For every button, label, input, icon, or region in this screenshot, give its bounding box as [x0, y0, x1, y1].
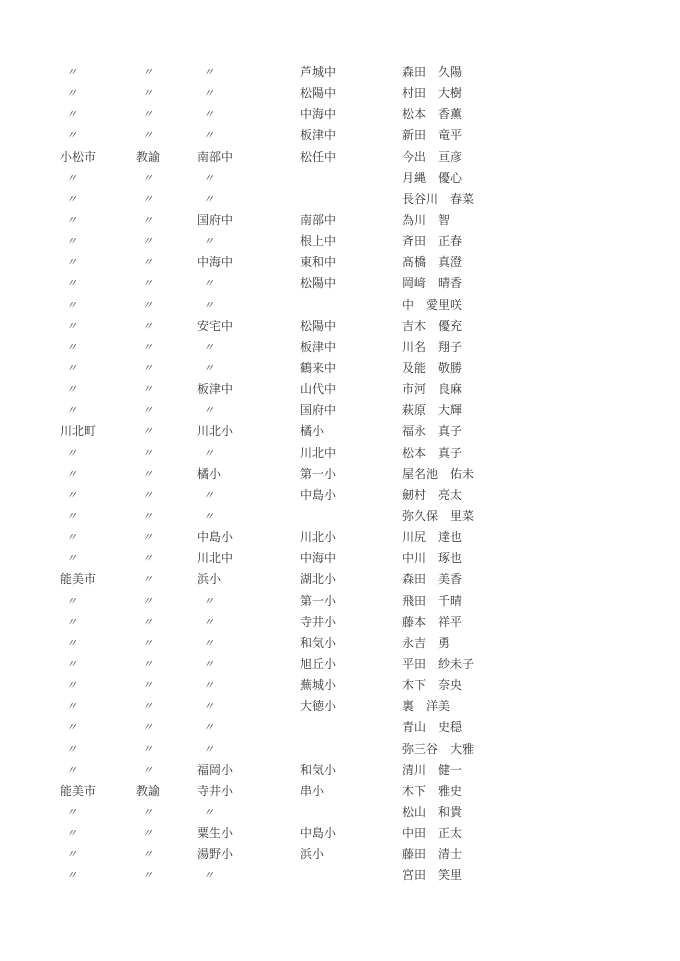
ditto-mark: 〃	[203, 485, 213, 506]
ditto-mark: 〃	[66, 62, 76, 83]
ditto-mark: 〃	[203, 802, 213, 823]
from-school-cell: 粟生小	[197, 823, 233, 844]
to-school-cell: 松陽中	[300, 273, 336, 294]
to-school-cell: 東和中	[300, 252, 336, 273]
city-cell: 小松市	[60, 147, 96, 168]
ditto-mark: 〃	[142, 654, 152, 675]
to-school-cell: 中海中	[300, 548, 336, 569]
ditto-mark: 〃	[142, 464, 152, 485]
ditto-mark: 〃	[66, 654, 76, 675]
person-name-cell: 市河 良麻	[402, 379, 462, 400]
ditto-mark: 〃	[66, 337, 76, 358]
table-row: 能美市〃浜小湖北小森田 美香	[0, 569, 680, 590]
ditto-mark: 〃	[142, 506, 152, 527]
person-name-cell: 森田 久陽	[402, 62, 462, 83]
to-school-cell: 芦城中	[300, 62, 336, 83]
ditto-mark: 〃	[66, 844, 76, 865]
ditto-mark: 〃	[203, 506, 213, 527]
person-name-cell: 松本 香薫	[402, 104, 462, 125]
ditto-mark: 〃	[66, 358, 76, 379]
ditto-mark: 〃	[203, 295, 213, 316]
ditto-mark: 〃	[66, 802, 76, 823]
ditto-mark: 〃	[142, 104, 152, 125]
person-name-cell: 新田 竜平	[402, 125, 462, 146]
to-school-cell: 中海中	[300, 104, 336, 125]
personnel-transfer-table: 〃〃〃芦城中森田 久陽〃〃〃松陽中村田 大樹〃〃〃中海中松本 香薫〃〃〃板津中新…	[0, 62, 680, 886]
table-row: 〃〃〃宮田 笑里	[0, 865, 680, 886]
ditto-mark: 〃	[142, 865, 152, 886]
person-name-cell: 福永 真子	[402, 421, 462, 442]
ditto-mark: 〃	[142, 295, 152, 316]
table-row: 小松市教諭南部中松任中今出 亘彦	[0, 147, 680, 168]
from-school-cell: 中海中	[197, 252, 233, 273]
ditto-mark: 〃	[66, 464, 76, 485]
person-name-cell: 松山 和貴	[402, 802, 462, 823]
to-school-cell: 山代中	[300, 379, 336, 400]
from-school-cell: 国府中	[197, 210, 233, 231]
person-name-cell: 月縄 優心	[402, 168, 462, 189]
from-school-cell: 板津中	[197, 379, 233, 400]
ditto-mark: 〃	[203, 654, 213, 675]
ditto-mark: 〃	[142, 210, 152, 231]
table-row: 〃〃〃芦城中森田 久陽	[0, 62, 680, 83]
ditto-mark: 〃	[66, 210, 76, 231]
ditto-mark: 〃	[66, 675, 76, 696]
ditto-mark: 〃	[142, 379, 152, 400]
table-row: 能美市教諭寺井小串小木下 雅史	[0, 781, 680, 802]
ditto-mark: 〃	[66, 760, 76, 781]
person-name-cell: 斉田 正春	[402, 231, 462, 252]
ditto-mark: 〃	[203, 675, 213, 696]
table-row: 〃〃〃大徳小裏 洋美	[0, 696, 680, 717]
ditto-mark: 〃	[66, 506, 76, 527]
ditto-mark: 〃	[203, 717, 213, 738]
from-school-cell: 浜小	[197, 569, 221, 590]
ditto-mark: 〃	[203, 104, 213, 125]
ditto-mark: 〃	[142, 591, 152, 612]
person-name-cell: 萩原 大輝	[402, 400, 462, 421]
table-row: 〃〃〃長谷川 春菜	[0, 189, 680, 210]
to-school-cell: 和気小	[300, 633, 336, 654]
position-cell: 教諭	[136, 147, 160, 168]
ditto-mark: 〃	[142, 273, 152, 294]
table-row: 〃〃〃中 愛里咲	[0, 295, 680, 316]
person-name-cell: 中川 琢也	[402, 548, 462, 569]
table-row: 〃〃川北中中海中中川 琢也	[0, 548, 680, 569]
ditto-mark: 〃	[66, 316, 76, 337]
person-name-cell: 裏 洋美	[402, 696, 450, 717]
ditto-mark: 〃	[142, 485, 152, 506]
person-name-cell: 青山 史穏	[402, 717, 462, 738]
from-school-cell: 中島小	[197, 527, 233, 548]
to-school-cell: 浜小	[300, 844, 324, 865]
to-school-cell: 大徳小	[300, 696, 336, 717]
table-row: 〃〃中島小川北小川尻 達也	[0, 527, 680, 548]
to-school-cell: 中島小	[300, 485, 336, 506]
table-row: 〃〃〃松陽中村田 大樹	[0, 83, 680, 104]
to-school-cell: 寺井小	[300, 612, 336, 633]
ditto-mark: 〃	[142, 633, 152, 654]
to-school-cell: 板津中	[300, 125, 336, 146]
to-school-cell: 第一小	[300, 591, 336, 612]
ditto-mark: 〃	[142, 316, 152, 337]
table-row: 〃〃〃川北中松本 真子	[0, 443, 680, 464]
person-name-cell: 藤田 清士	[402, 844, 462, 865]
position-cell: 教諭	[136, 781, 160, 802]
person-name-cell: 川名 翔子	[402, 337, 462, 358]
ditto-mark: 〃	[142, 231, 152, 252]
to-school-cell: 湖北小	[300, 569, 336, 590]
ditto-mark: 〃	[66, 443, 76, 464]
ditto-mark: 〃	[203, 633, 213, 654]
ditto-mark: 〃	[66, 633, 76, 654]
to-school-cell: 旭丘小	[300, 654, 336, 675]
person-name-cell: 髙橋 真澄	[402, 252, 462, 273]
to-school-cell: 橘小	[300, 421, 324, 442]
table-row: 〃〃安宅中松陽中吉木 優充	[0, 316, 680, 337]
ditto-mark: 〃	[66, 591, 76, 612]
from-school-cell: 川北中	[197, 548, 233, 569]
from-school-cell: 寺井小	[197, 781, 233, 802]
ditto-mark: 〃	[203, 696, 213, 717]
ditto-mark: 〃	[142, 739, 152, 760]
person-name-cell: 川尻 達也	[402, 527, 462, 548]
ditto-mark: 〃	[142, 62, 152, 83]
person-name-cell: 森田 美香	[402, 569, 462, 590]
person-name-cell: 村田 大樹	[402, 83, 462, 104]
person-name-cell: 木下 雅史	[402, 781, 462, 802]
person-name-cell: 弥三谷 大雅	[402, 739, 474, 760]
table-row: 〃〃〃松山 和貴	[0, 802, 680, 823]
person-name-cell: 清川 健一	[402, 760, 462, 781]
table-row: 〃〃〃根上中斉田 正春	[0, 231, 680, 252]
table-row: 〃〃福岡小和気小清川 健一	[0, 760, 680, 781]
person-name-cell: 長谷川 春菜	[402, 189, 474, 210]
ditto-mark: 〃	[66, 83, 76, 104]
ditto-mark: 〃	[203, 273, 213, 294]
table-row: 川北町〃川北小橘小福永 真子	[0, 421, 680, 442]
from-school-cell: 川北小	[197, 421, 233, 442]
person-name-cell: 岡﨑 晴香	[402, 273, 462, 294]
person-name-cell: 永吉 勇	[402, 633, 450, 654]
ditto-mark: 〃	[142, 189, 152, 210]
ditto-mark: 〃	[203, 358, 213, 379]
person-name-cell: 宮田 笑里	[402, 865, 462, 886]
ditto-mark: 〃	[66, 379, 76, 400]
ditto-mark: 〃	[142, 717, 152, 738]
ditto-mark: 〃	[203, 865, 213, 886]
ditto-mark: 〃	[142, 675, 152, 696]
to-school-cell: 国府中	[300, 400, 336, 421]
ditto-mark: 〃	[142, 337, 152, 358]
table-row: 〃〃中海中東和中髙橋 真澄	[0, 252, 680, 273]
ditto-mark: 〃	[66, 717, 76, 738]
ditto-mark: 〃	[66, 527, 76, 548]
ditto-mark: 〃	[142, 802, 152, 823]
ditto-mark: 〃	[66, 189, 76, 210]
ditto-mark: 〃	[66, 823, 76, 844]
to-school-cell: 川北小	[300, 527, 336, 548]
city-cell: 川北町	[60, 421, 96, 442]
person-name-cell: 飛田 千晴	[402, 591, 462, 612]
person-name-cell: 松本 真子	[402, 443, 462, 464]
ditto-mark: 〃	[66, 231, 76, 252]
table-row: 〃〃〃鶴来中及能 敬勝	[0, 358, 680, 379]
ditto-mark: 〃	[203, 591, 213, 612]
from-school-cell: 安宅中	[197, 316, 233, 337]
person-name-cell: 藤本 祥平	[402, 612, 462, 633]
to-school-cell: 南部中	[300, 210, 336, 231]
ditto-mark: 〃	[142, 252, 152, 273]
to-school-cell: 第一小	[300, 464, 336, 485]
person-name-cell: 弥久保 里菜	[402, 506, 474, 527]
ditto-mark: 〃	[203, 189, 213, 210]
ditto-mark: 〃	[66, 696, 76, 717]
table-row: 〃〃〃中島小劒村 亮太	[0, 485, 680, 506]
table-row: 〃〃国府中南部中為川 智	[0, 210, 680, 231]
ditto-mark: 〃	[203, 231, 213, 252]
ditto-mark: 〃	[142, 83, 152, 104]
to-school-cell: 和気小	[300, 760, 336, 781]
table-row: 〃〃〃寺井小藤本 祥平	[0, 612, 680, 633]
ditto-mark: 〃	[142, 548, 152, 569]
person-name-cell: 吉木 優充	[402, 316, 462, 337]
from-school-cell: 湯野小	[197, 844, 233, 865]
ditto-mark: 〃	[203, 168, 213, 189]
from-school-cell: 橘小	[197, 464, 221, 485]
table-row: 〃〃〃第一小飛田 千晴	[0, 591, 680, 612]
person-name-cell: 屋名池 佑未	[402, 464, 474, 485]
to-school-cell: 板津中	[300, 337, 336, 358]
ditto-mark: 〃	[203, 400, 213, 421]
ditto-mark: 〃	[203, 739, 213, 760]
to-school-cell: 松陽中	[300, 316, 336, 337]
ditto-mark: 〃	[203, 62, 213, 83]
ditto-mark: 〃	[66, 485, 76, 506]
ditto-mark: 〃	[203, 125, 213, 146]
to-school-cell: 鶴来中	[300, 358, 336, 379]
person-name-cell: 為川 智	[402, 210, 450, 231]
to-school-cell: 根上中	[300, 231, 336, 252]
ditto-mark: 〃	[66, 739, 76, 760]
ditto-mark: 〃	[142, 760, 152, 781]
table-row: 〃〃〃板津中川名 翔子	[0, 337, 680, 358]
table-row: 〃〃〃国府中萩原 大輝	[0, 400, 680, 421]
city-cell: 能美市	[60, 781, 96, 802]
person-name-cell: 平田 紗未子	[402, 654, 474, 675]
ditto-mark: 〃	[66, 104, 76, 125]
ditto-mark: 〃	[142, 168, 152, 189]
person-name-cell: 劒村 亮太	[402, 485, 462, 506]
person-name-cell: 中田 正太	[402, 823, 462, 844]
ditto-mark: 〃	[66, 295, 76, 316]
ditto-mark: 〃	[142, 569, 152, 590]
ditto-mark: 〃	[66, 612, 76, 633]
person-name-cell: 木下 奈央	[402, 675, 462, 696]
ditto-mark: 〃	[203, 443, 213, 464]
to-school-cell: 川北中	[300, 443, 336, 464]
to-school-cell: 串小	[300, 781, 324, 802]
table-row: 〃〃〃弥三谷 大雅	[0, 739, 680, 760]
ditto-mark: 〃	[203, 83, 213, 104]
table-row: 〃〃〃板津中新田 竜平	[0, 125, 680, 146]
ditto-mark: 〃	[203, 337, 213, 358]
table-row: 〃〃粟生小中島小中田 正太	[0, 823, 680, 844]
ditto-mark: 〃	[142, 696, 152, 717]
ditto-mark: 〃	[142, 421, 152, 442]
table-row: 〃〃板津中山代中市河 良麻	[0, 379, 680, 400]
ditto-mark: 〃	[142, 400, 152, 421]
ditto-mark: 〃	[142, 823, 152, 844]
ditto-mark: 〃	[66, 252, 76, 273]
ditto-mark: 〃	[142, 443, 152, 464]
from-school-cell: 福岡小	[197, 760, 233, 781]
ditto-mark: 〃	[66, 548, 76, 569]
table-row: 〃〃〃中海中松本 香薫	[0, 104, 680, 125]
table-row: 〃〃湯野小浜小藤田 清士	[0, 844, 680, 865]
to-school-cell: 中島小	[300, 823, 336, 844]
person-name-cell: 中 愛里咲	[402, 295, 462, 316]
ditto-mark: 〃	[203, 612, 213, 633]
to-school-cell: 松陽中	[300, 83, 336, 104]
table-row: 〃〃〃旭丘小平田 紗未子	[0, 654, 680, 675]
table-row: 〃〃〃青山 史穏	[0, 717, 680, 738]
ditto-mark: 〃	[66, 168, 76, 189]
table-row: 〃〃〃弥久保 里菜	[0, 506, 680, 527]
city-cell: 能美市	[60, 569, 96, 590]
ditto-mark: 〃	[66, 865, 76, 886]
ditto-mark: 〃	[142, 125, 152, 146]
ditto-mark: 〃	[142, 844, 152, 865]
ditto-mark: 〃	[142, 527, 152, 548]
table-row: 〃〃〃和気小永吉 勇	[0, 633, 680, 654]
to-school-cell: 蕪城小	[300, 675, 336, 696]
person-name-cell: 今出 亘彦	[402, 147, 462, 168]
ditto-mark: 〃	[66, 273, 76, 294]
table-row: 〃〃〃月縄 優心	[0, 168, 680, 189]
ditto-mark: 〃	[66, 400, 76, 421]
table-row: 〃〃〃蕪城小木下 奈央	[0, 675, 680, 696]
table-row: 〃〃橘小第一小屋名池 佑未	[0, 464, 680, 485]
to-school-cell: 松任中	[300, 147, 336, 168]
ditto-mark: 〃	[142, 612, 152, 633]
from-school-cell: 南部中	[197, 147, 233, 168]
person-name-cell: 及能 敬勝	[402, 358, 462, 379]
table-row: 〃〃〃松陽中岡﨑 晴香	[0, 273, 680, 294]
ditto-mark: 〃	[142, 358, 152, 379]
ditto-mark: 〃	[66, 125, 76, 146]
